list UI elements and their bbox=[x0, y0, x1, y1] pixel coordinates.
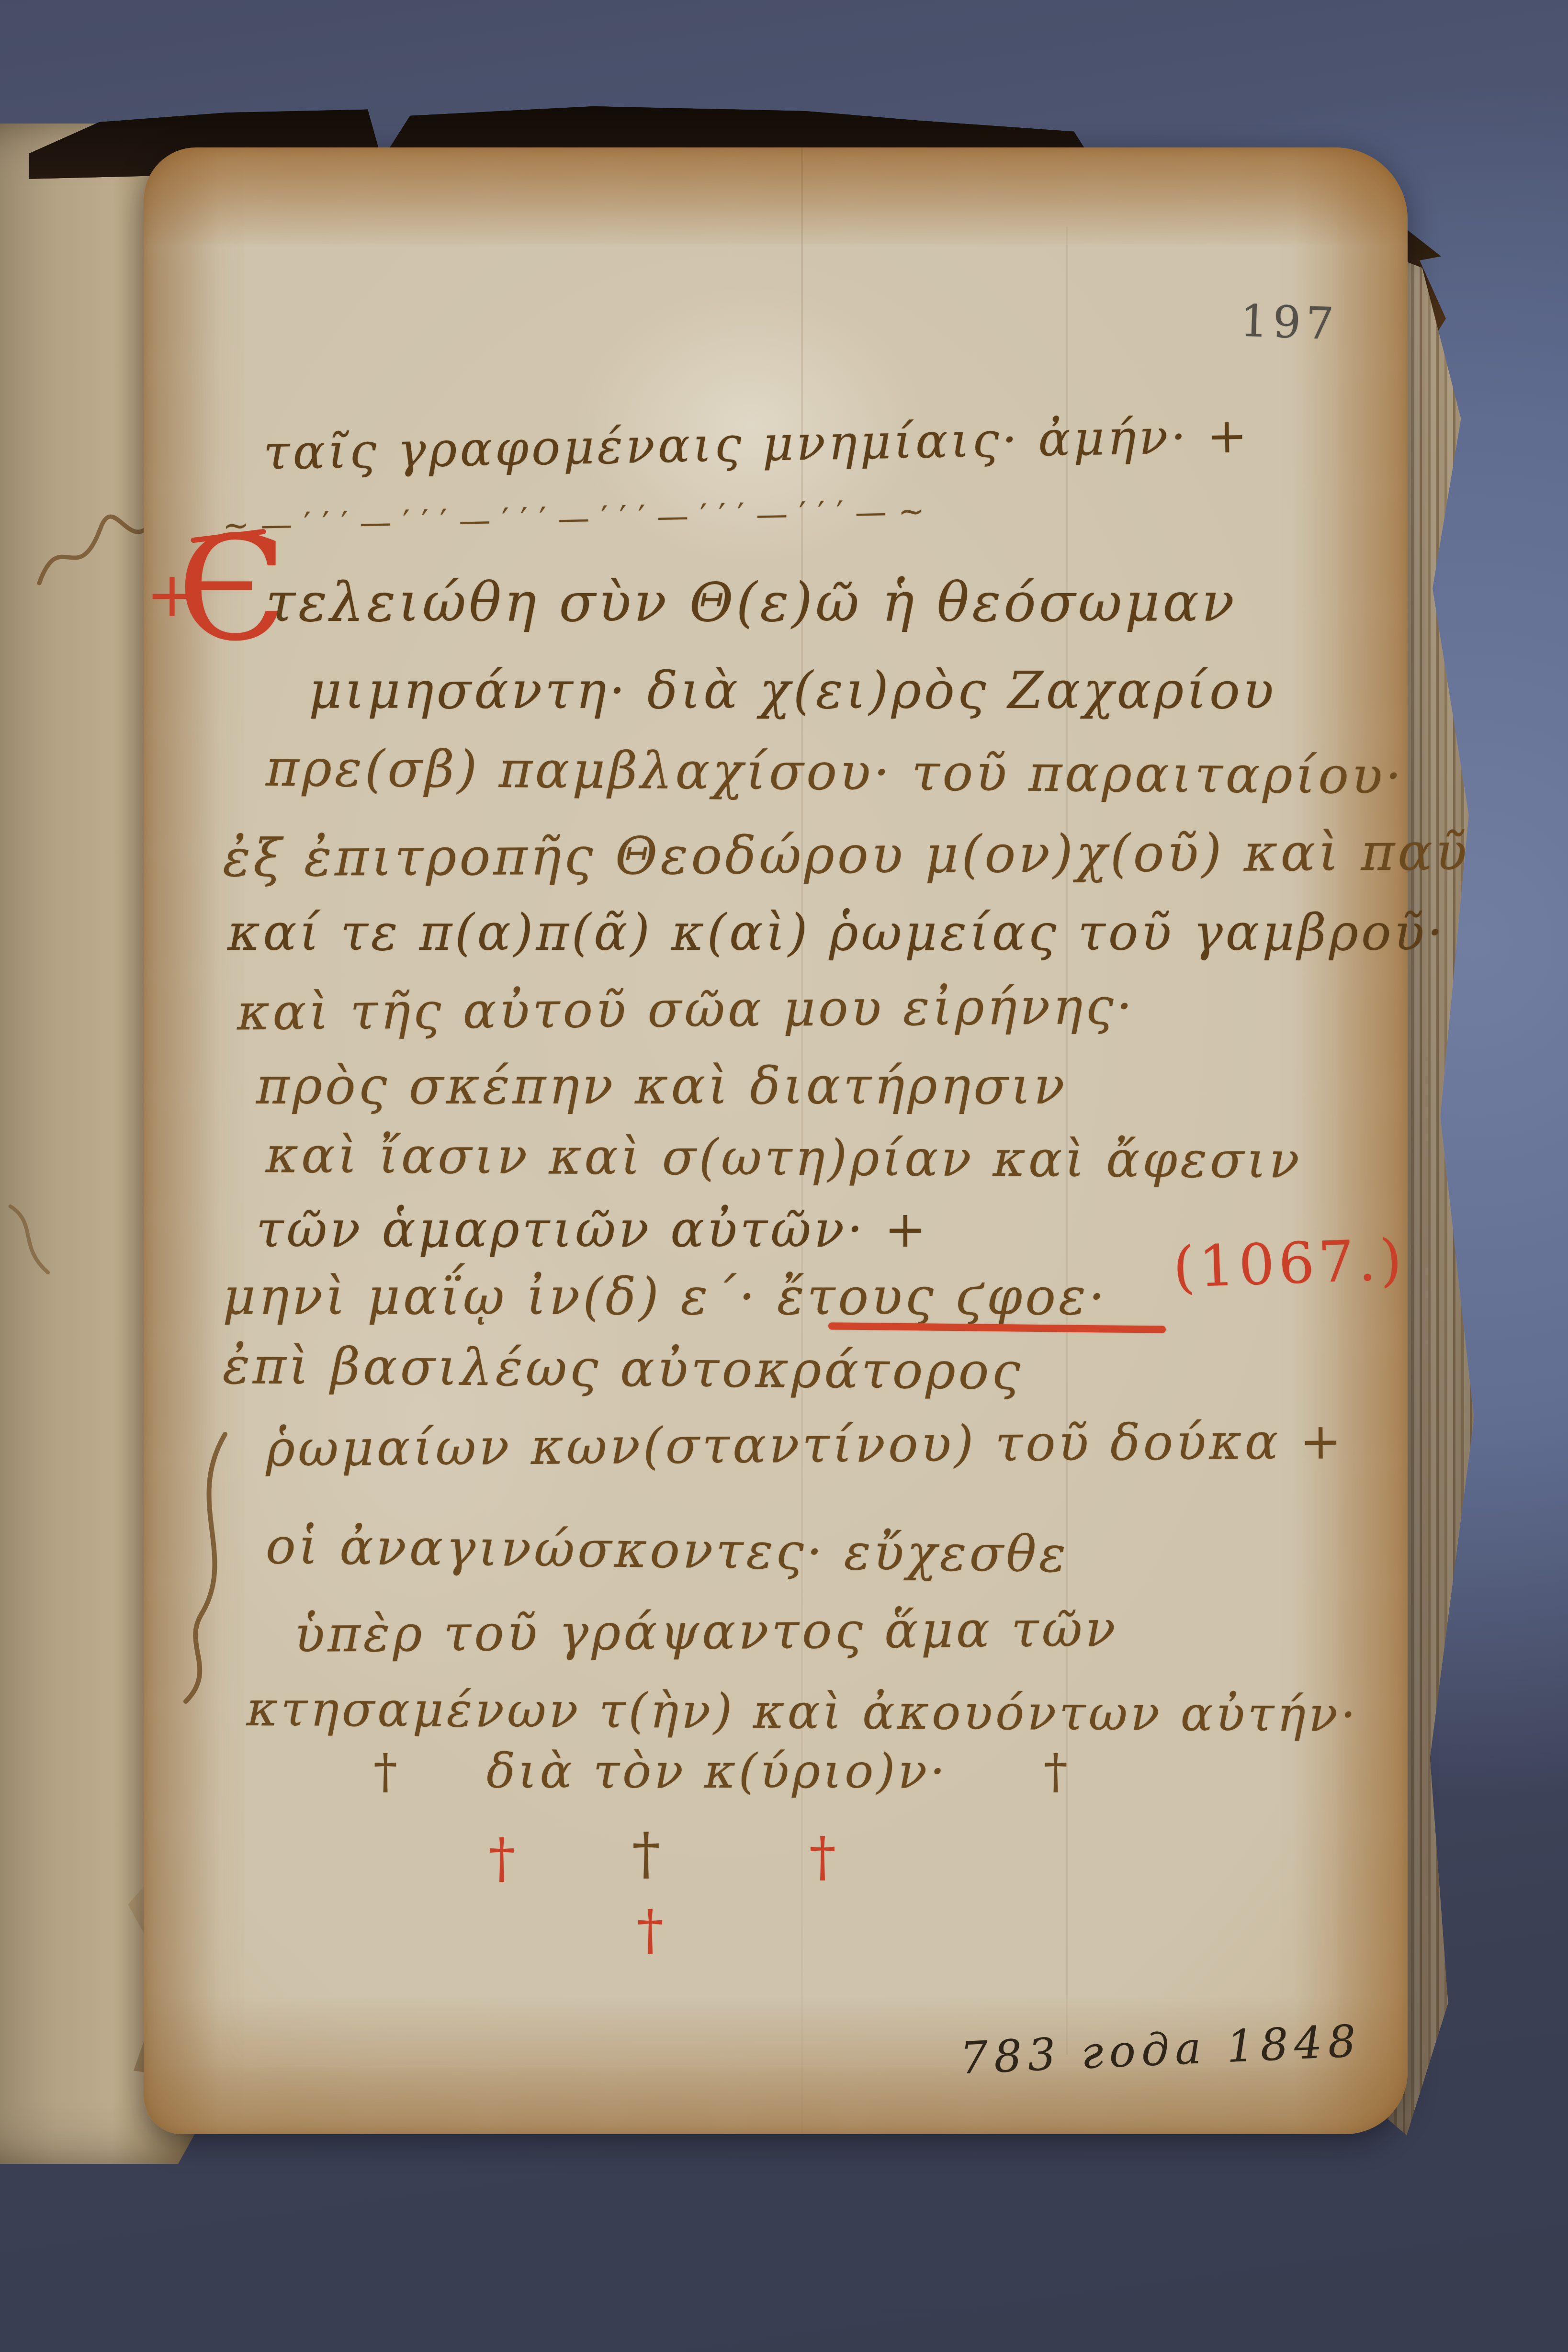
cross-icon: † bbox=[373, 1743, 400, 1799]
manuscript-line: ὑπὲρ τοῦ γράψαντος ἅμα τῶν bbox=[294, 1604, 1118, 1659]
pen-flourish bbox=[4, 1201, 61, 1277]
final-line-text: διὰ τὸν κ(ύριο)ν· bbox=[486, 1743, 948, 1799]
manuscript-line: τῶν ἁμαρτιῶν αὐτῶν· + bbox=[256, 1204, 929, 1254]
cross-icon: † bbox=[1044, 1743, 1071, 1799]
divider-ornament: ~—′′′—′′′—′′′—′′′—′′′—′′′—~ bbox=[222, 495, 936, 541]
manuscript-page: 197 ταῖς γραφομέναις μνημίαις· ἀμήν· + ~… bbox=[144, 147, 1408, 2134]
pen-flourish bbox=[171, 1430, 243, 1708]
red-cross-icon: † bbox=[809, 1830, 839, 1884]
manuscript-line: οἱ ἀναγινώσκοντες· εὔχεσθε bbox=[266, 1521, 1069, 1579]
manuscript-final-line: †διὰ τὸν κ(ύριο)ν·† bbox=[373, 1747, 1071, 1795]
manuscript-line: πρε(σβ) παμβλαχίσου· τοῦ παραιταρίου· bbox=[266, 743, 1405, 802]
manuscript-line: καὶ τῆς αὐτοῦ σῶα μου εἰρήνης· bbox=[237, 981, 1135, 1037]
manuscript-line: μηνὶ μαΐῳ ἰν(δ) ε΄· ἔτους ϛφοε· bbox=[223, 1272, 1108, 1322]
manuscript-line: μιμησάντη· διὰ χ(ει)ρὸς Ζαχαρίου bbox=[309, 665, 1276, 716]
red-cross-icon: † bbox=[488, 1832, 518, 1885]
date-annotation: (1067.) bbox=[1172, 1231, 1407, 1296]
manuscript-line: καί τε π(α)π(ᾶ) κ(αὶ) ῥωμείας τοῦ γαμβρο… bbox=[227, 908, 1446, 957]
librarian-annotation: 783 года 1848 bbox=[959, 2019, 1362, 2081]
red-underline bbox=[828, 1322, 1166, 1333]
folio-number: 197 bbox=[1239, 299, 1339, 346]
manuscript-line: ἐξ ἐπιτροπῆς Θεοδώρου μ(ον)χ(οῦ) καὶ παῦ bbox=[223, 826, 1470, 885]
manuscript-line: καὶ ἴασιν καὶ σ(ωτη)ρίαν καὶ ἄφεσιν bbox=[266, 1130, 1302, 1185]
manuscript-line: ταῖς γραφομέναις μνημίαις· ἀμήν· + bbox=[263, 412, 1250, 477]
manuscript-line: πρὸς σκέπην καὶ διατήρησιν bbox=[256, 1061, 1068, 1112]
manuscript-line: ῥωμαίων κων(σταντίνου) τοῦ δούκα + bbox=[266, 1416, 1345, 1474]
manuscript-line: τελειώθη σὺν Θ(ε)ῶ ἡ θεόσωμαν bbox=[266, 576, 1237, 630]
brown-cross-icon: † bbox=[632, 1825, 663, 1882]
manuscript-line: κτησαμένων τ(ὴν) καὶ ἀκουόντων αὐτήν· bbox=[247, 1685, 1359, 1739]
red-cross-icon: † bbox=[637, 1903, 666, 1957]
manuscript-line: ἐπὶ βασιλέως αὐτοκράτορος bbox=[223, 1340, 1024, 1397]
